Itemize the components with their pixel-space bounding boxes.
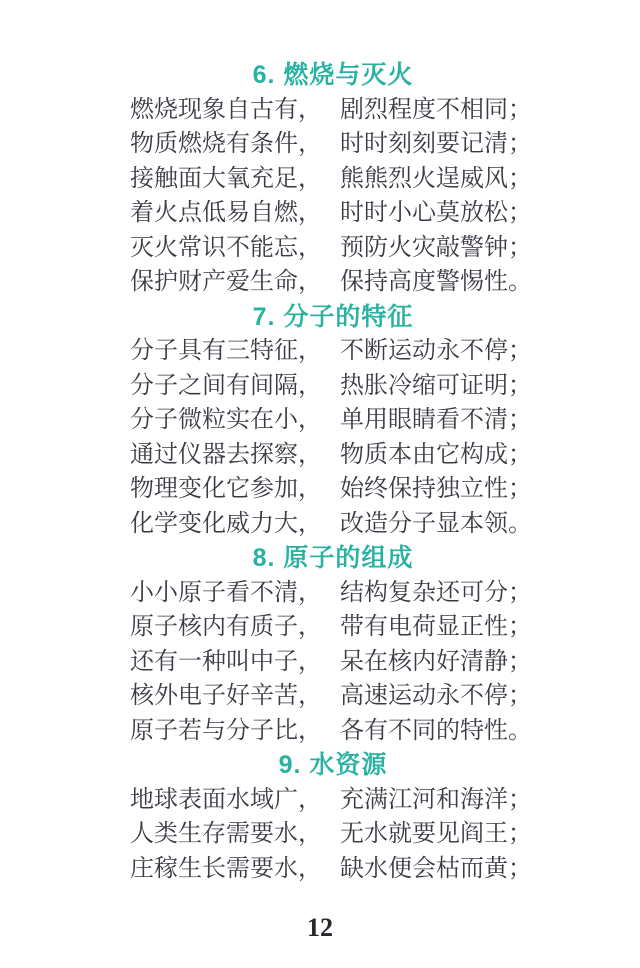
couplet-right-phrase: 始终保持独立性；	[340, 472, 532, 507]
couplet-left-phrase: 物质燃烧有条件，	[130, 127, 340, 162]
document-page: 6. 燃烧与灭火燃烧现象自古有，剧烈程度不相同；物质燃烧有条件，时时刻刻要记清；…	[0, 0, 640, 968]
couplet-left-phrase: 分子之间有间隔，	[130, 369, 340, 404]
couplet-left-phrase: 化学变化威力大，	[130, 507, 340, 542]
couplet-right-phrase: 时时刻刻要记清；	[340, 127, 532, 162]
couplet-right-phrase: 预防火灾敲警钟；	[340, 231, 532, 266]
couplet-right-phrase: 单用眼睛看不清；	[340, 403, 532, 438]
mnemonic-section: 7. 分子的特征分子具有三特征，不断运动永不停；分子之间有间隔，热胀冷缩可证明；…	[130, 300, 518, 542]
couplet-right-phrase: 缺水便会枯而黄；	[340, 852, 532, 887]
mnemonic-section: 9. 水资源地球表面水域广，充满江河和海洋；人类生存需要水，无水就要见阎王；庄稼…	[130, 748, 518, 886]
couplet-row: 分子微粒实在小，单用眼睛看不清；	[130, 403, 518, 438]
couplet-row: 分子具有三特征，不断运动永不停；	[130, 334, 518, 369]
couplet-left-phrase: 原子核内有质子，	[130, 610, 340, 645]
couplet-left-phrase: 人类生存需要水，	[130, 817, 340, 852]
couplet-left-phrase: 还有一种叫中子，	[130, 645, 340, 680]
couplet-row: 原子核内有质子，带有电荷显正性；	[130, 610, 518, 645]
couplet-row: 庄稼生长需要水，缺水便会枯而黄；	[130, 852, 518, 887]
couplet-left-phrase: 原子若与分子比，	[130, 714, 340, 749]
couplet-right-phrase: 物质本由它构成；	[340, 438, 532, 473]
couplet-left-phrase: 分子微粒实在小，	[130, 403, 340, 438]
couplet-row: 还有一种叫中子，呆在核内好清静；	[130, 645, 518, 680]
couplet-right-phrase: 不断运动永不停；	[340, 334, 532, 369]
couplet-right-phrase: 剧烈程度不相同；	[340, 93, 532, 128]
couplet-row: 通过仪器去探察，物质本由它构成；	[130, 438, 518, 473]
couplet-left-phrase: 小小原子看不清，	[130, 576, 340, 611]
couplet-left-phrase: 庄稼生长需要水，	[130, 852, 340, 887]
couplet-right-phrase: 时时小心莫放松；	[340, 196, 532, 231]
couplet-right-phrase: 改造分子显本领。	[340, 507, 532, 542]
couplet-left-phrase: 接触面大氧充足，	[130, 162, 340, 197]
section-title: 7. 分子的特征	[139, 300, 527, 335]
couplet-right-phrase: 熊熊烈火逞威风；	[340, 162, 532, 197]
couplet-row: 保护财产爱生命，保持高度警惕性。	[130, 265, 518, 300]
couplet-row: 核外电子好辛苦，高速运动永不停；	[130, 679, 518, 714]
couplet-left-phrase: 灭火常识不能忘，	[130, 231, 340, 266]
couplet-right-phrase: 高速运动永不停；	[340, 679, 532, 714]
couplet-right-phrase: 各有不同的特性。	[340, 714, 532, 749]
couplet-left-phrase: 物理变化它参加，	[130, 472, 340, 507]
couplet-right-phrase: 结构复杂还可分；	[340, 576, 532, 611]
couplet-row: 物质燃烧有条件，时时刻刻要记清；	[130, 127, 518, 162]
section-title: 6. 燃烧与灭火	[139, 58, 527, 93]
couplet-row: 原子若与分子比，各有不同的特性。	[130, 714, 518, 749]
couplet-left-phrase: 通过仪器去探察，	[130, 438, 340, 473]
couplet-row: 地球表面水域广，充满江河和海洋；	[130, 783, 518, 818]
couplet-right-phrase: 无水就要见阎王；	[340, 817, 532, 852]
couplet-right-phrase: 呆在核内好清静；	[340, 645, 532, 680]
couplet-row: 小小原子看不清，结构复杂还可分；	[130, 576, 518, 611]
couplet-row: 分子之间有间隔，热胀冷缩可证明；	[130, 369, 518, 404]
couplet-left-phrase: 燃烧现象自古有，	[130, 93, 340, 128]
section-title: 8. 原子的组成	[139, 541, 527, 576]
couplet-row: 化学变化威力大，改造分子显本领。	[130, 507, 518, 542]
couplet-right-phrase: 保持高度警惕性。	[340, 265, 532, 300]
couplet-right-phrase: 充满江河和海洋；	[340, 783, 532, 818]
section-title: 9. 水资源	[139, 748, 527, 783]
couplet-row: 物理变化它参加，始终保持独立性；	[130, 472, 518, 507]
couplet-left-phrase: 保护财产爱生命，	[130, 265, 340, 300]
couplet-left-phrase: 地球表面水域广，	[130, 783, 340, 818]
couplet-left-phrase: 核外电子好辛苦，	[130, 679, 340, 714]
couplet-left-phrase: 分子具有三特征，	[130, 334, 340, 369]
couplet-left-phrase: 着火点低易自燃，	[130, 196, 340, 231]
mnemonic-section: 8. 原子的组成小小原子看不清，结构复杂还可分；原子核内有质子，带有电荷显正性；…	[130, 541, 518, 748]
page-number: 12	[0, 911, 640, 945]
couplet-row: 接触面大氧充足，熊熊烈火逞威风；	[130, 162, 518, 197]
couplet-right-phrase: 热胀冷缩可证明；	[340, 369, 532, 404]
content-area: 6. 燃烧与灭火燃烧现象自古有，剧烈程度不相同；物质燃烧有条件，时时刻刻要记清；…	[130, 58, 518, 886]
couplet-row: 灭火常识不能忘，预防火灾敲警钟；	[130, 231, 518, 266]
couplet-row: 人类生存需要水，无水就要见阎王；	[130, 817, 518, 852]
couplet-right-phrase: 带有电荷显正性；	[340, 610, 532, 645]
mnemonic-section: 6. 燃烧与灭火燃烧现象自古有，剧烈程度不相同；物质燃烧有条件，时时刻刻要记清；…	[130, 58, 518, 300]
couplet-row: 燃烧现象自古有，剧烈程度不相同；	[130, 93, 518, 128]
couplet-row: 着火点低易自燃，时时小心莫放松；	[130, 196, 518, 231]
